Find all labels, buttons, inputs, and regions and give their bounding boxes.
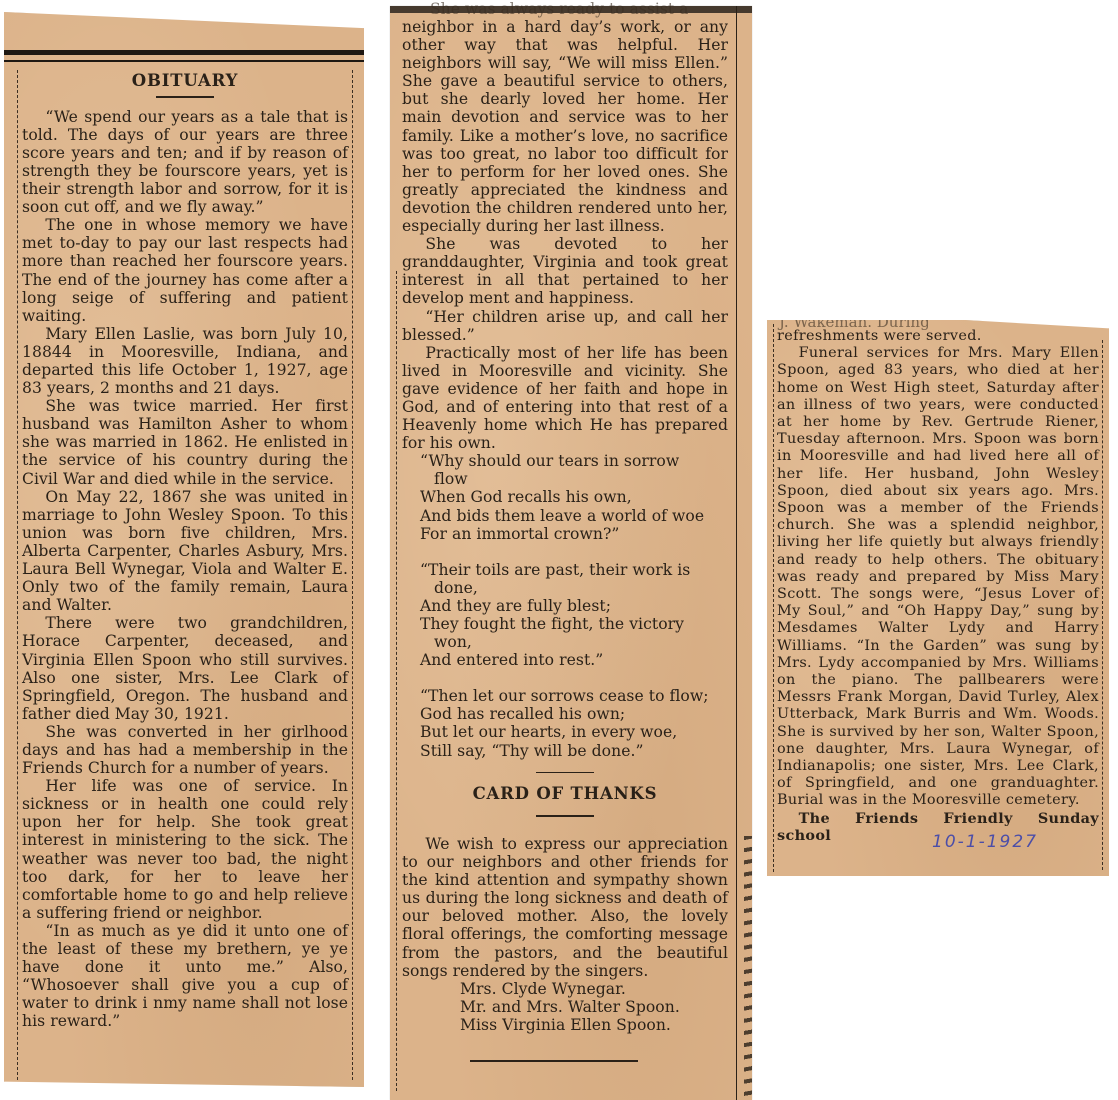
- continuation-text: neighbor in a hard day’s work, or any ot…: [402, 18, 728, 1062]
- paragraph: refreshments were served.: [777, 328, 1099, 345]
- poem-stanza-1: “Why should our tears in sorrow flow Whe…: [402, 452, 728, 542]
- poem-line: They fought the fight, the victory: [420, 615, 728, 633]
- poem-line: When God recalls his own,: [420, 488, 728, 506]
- funeral-clipping: J. Wakeman. During refreshments were ser…: [767, 320, 1109, 876]
- paragraph: Mary Ellen Laslie, was born July 10, 188…: [22, 325, 348, 397]
- paragraph: neighbor in a hard day’s work, or any ot…: [402, 18, 728, 235]
- column-rule-left: [396, 271, 398, 1091]
- paragraph: On May 22, 1867 she was united in marria…: [22, 488, 348, 615]
- double-rule-thin: [4, 60, 364, 62]
- poem-line: Still say, “Thy will be done.”: [420, 742, 728, 760]
- funeral-text: refreshments were served. Funeral servic…: [777, 328, 1099, 844]
- column-rule-left: [773, 324, 775, 872]
- title-rule: [156, 96, 214, 98]
- continuation-clipping: She was always ready to assist a neighbo…: [390, 6, 752, 1100]
- poem-line: “Their toils are past, their work is: [420, 561, 728, 579]
- poem-line: For an immortal crown?”: [420, 525, 728, 543]
- poem-line: done,: [420, 579, 728, 597]
- poem-line: flow: [420, 470, 728, 488]
- paragraph: The one in whose memory we have met to-d…: [22, 216, 348, 325]
- paragraph: She was devoted to her granddaughter, Vi…: [402, 235, 728, 307]
- poem-line: “Why should our tears in sorrow: [420, 452, 728, 470]
- poem-stanza-3: “Then let our sorrows cease to flow; God…: [402, 687, 728, 759]
- paragraph: She was twice married. Her first husband…: [22, 397, 348, 487]
- obituary-title: OBITUARY: [22, 72, 348, 90]
- section-rule: [536, 815, 594, 817]
- paragraph: She was converted in her girlhood days a…: [22, 723, 348, 777]
- paragraph: Practically most of her life has been li…: [402, 344, 728, 453]
- signature: Mr. and Mrs. Walter Spoon.: [402, 998, 728, 1016]
- paragraph: “In as much as ye did it unto one of the…: [22, 922, 348, 1031]
- obituary-text: OBITUARY “We spend our years as a tale t…: [22, 72, 348, 1030]
- obituary-clipping: OBITUARY “We spend our years as a tale t…: [4, 12, 364, 1087]
- signature: Miss Virginia Ellen Spoon.: [402, 1016, 728, 1034]
- poem-line: And bids them leave a world of woe: [420, 507, 728, 525]
- poem-line: God has recalled his own;: [420, 705, 728, 723]
- poem-line: won,: [420, 633, 728, 651]
- section-rule: [536, 772, 594, 774]
- column-rule-right: [1102, 340, 1104, 870]
- handwritten-date: 10-1-1927: [932, 832, 1038, 852]
- adjacent-column-marks: [744, 836, 752, 1096]
- poem-line: But let our hearts, in every woe,: [420, 723, 728, 741]
- column-rule-left: [17, 70, 19, 1080]
- card-of-thanks-title: CARD OF THANKS: [402, 785, 728, 803]
- poem-stanza-2: “Their toils are past, their work is don…: [402, 561, 728, 670]
- signature: Mrs. Clyde Wynegar.: [402, 980, 728, 998]
- poem-line: “Then let our sorrows cease to flow;: [420, 687, 728, 705]
- closing-rule: [470, 1060, 638, 1062]
- paragraph: There were two grandchildren, Horace Car…: [22, 614, 348, 723]
- column-rule-right: [352, 70, 354, 1080]
- poem-line: And they are fully blest;: [420, 597, 728, 615]
- paragraph: “We spend our years as a tale that is to…: [22, 108, 348, 217]
- column-rule-right: [736, 6, 738, 1100]
- paragraph: Funeral services for Mrs. Mary Ellen Spo…: [777, 345, 1099, 809]
- card-of-thanks-body: We wish to express our appreciation to o…: [402, 835, 728, 980]
- paragraph: Her life was one of service. In sickness…: [22, 777, 348, 922]
- double-rule-thick: [4, 50, 364, 55]
- cut-off-line: She was always ready to assist a: [430, 0, 688, 18]
- paragraph: “Her children arise up, and call her ble…: [402, 308, 728, 344]
- poem-line: And entered into rest.”: [420, 651, 728, 669]
